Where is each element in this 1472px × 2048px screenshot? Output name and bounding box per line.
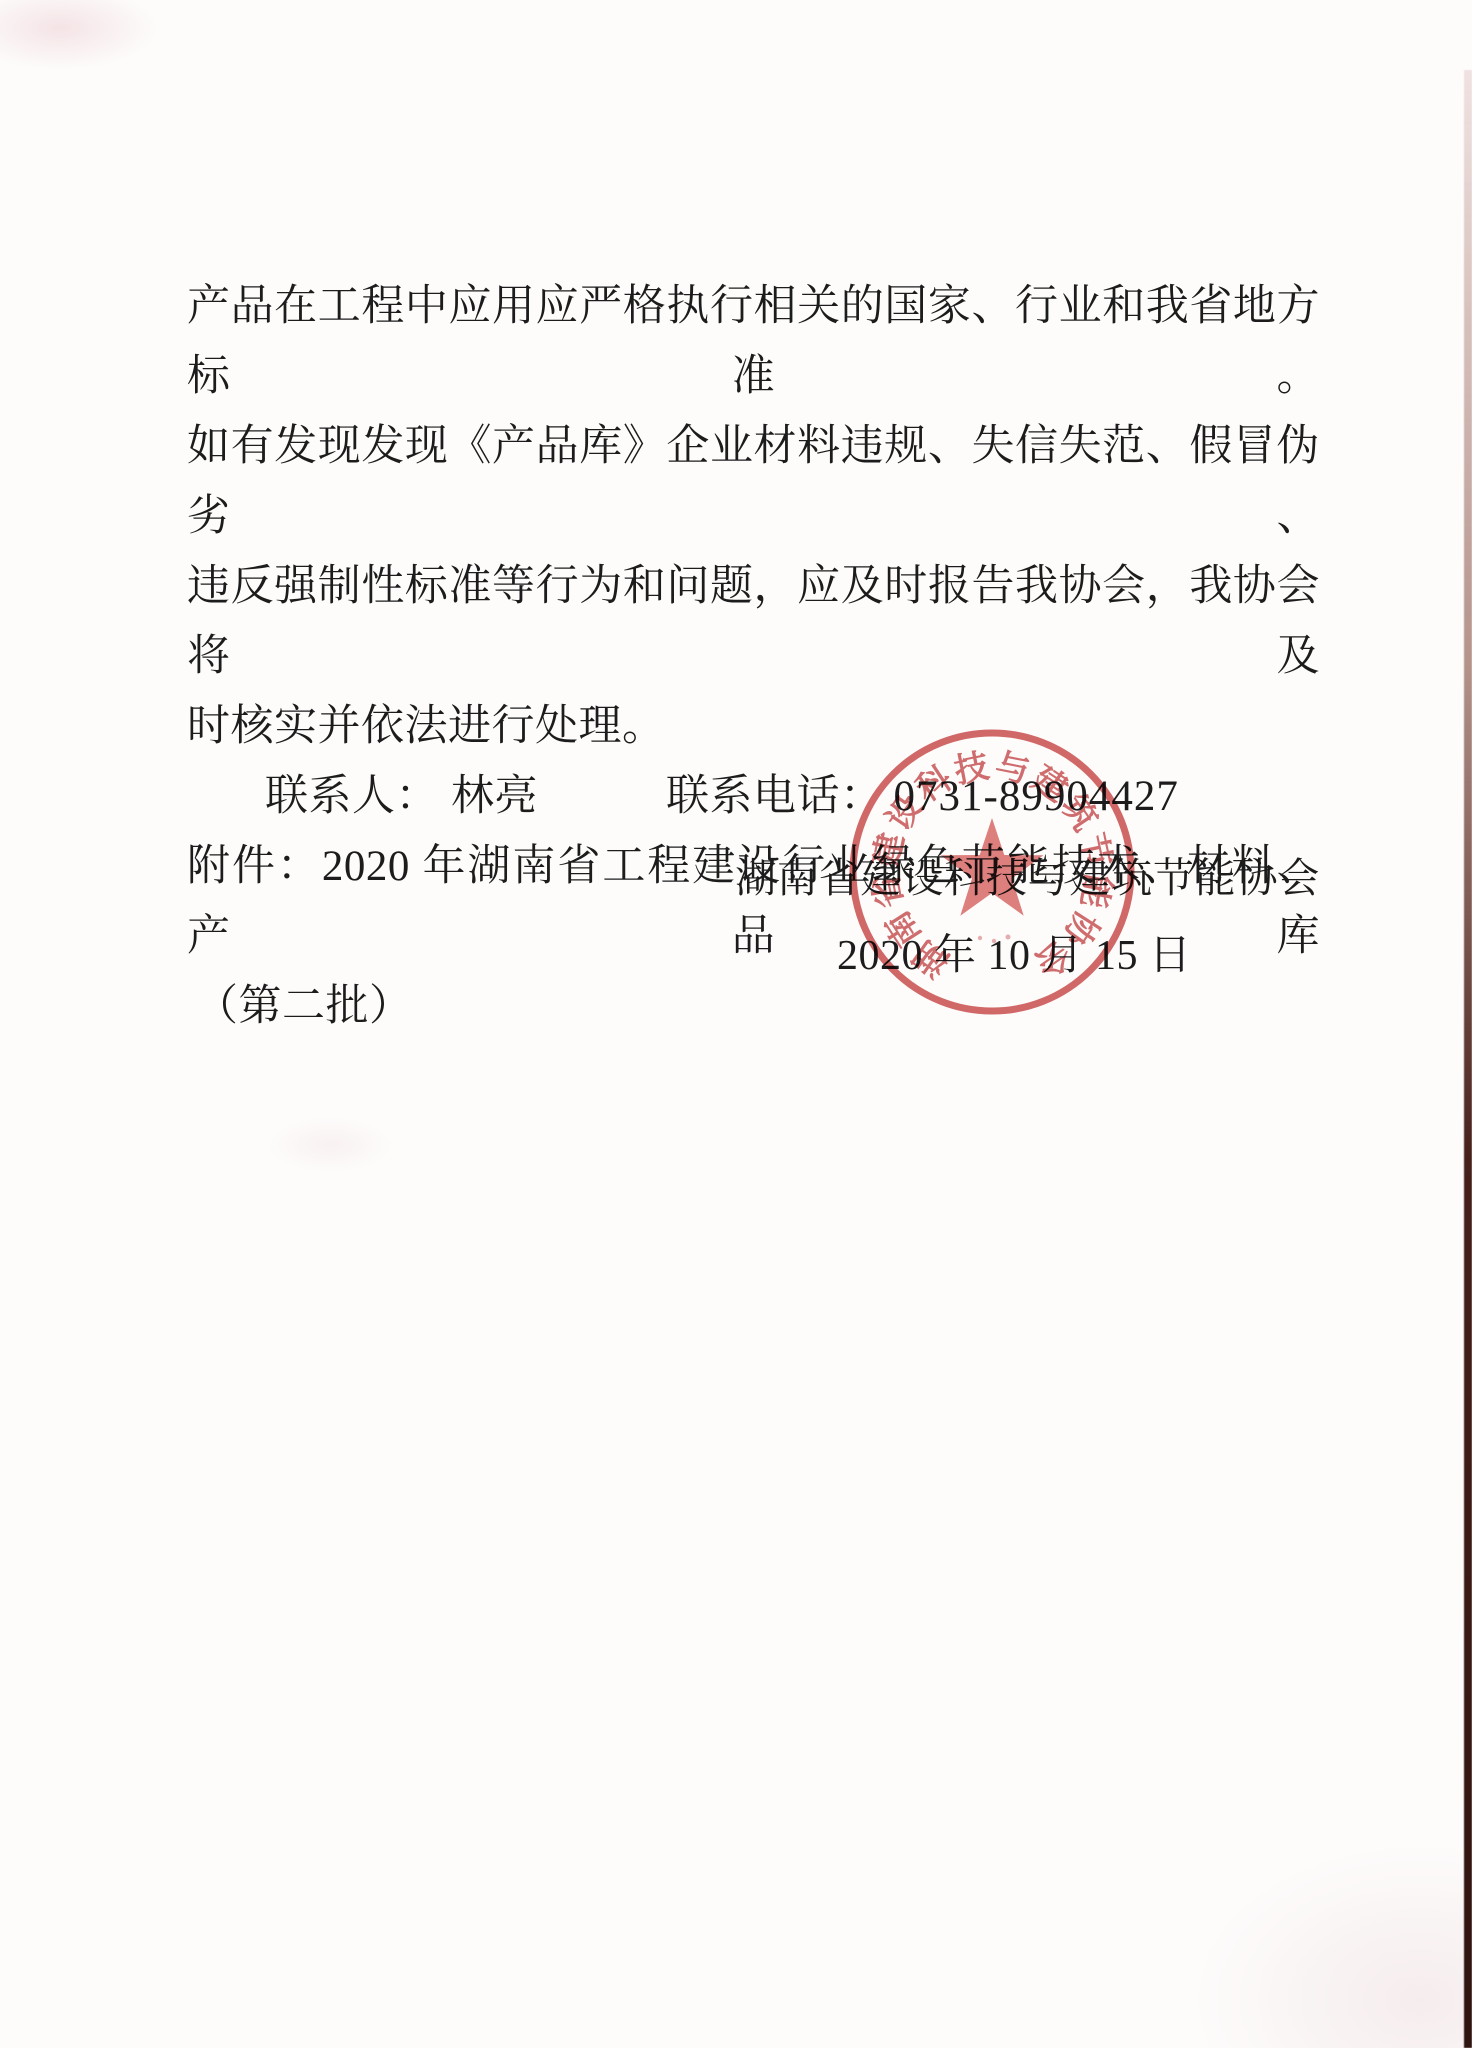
contact-person-label: 联系人：: [265, 773, 439, 820]
contact-phone-label: 联系电话：: [666, 773, 884, 820]
contact-phone-number: 0731-89904427: [894, 773, 1179, 820]
scanned-document-page: 产品在工程中应用应严格执行相关的国家、行业和我省地方标准。 如有发现发现《产品库…: [0, 0, 1472, 2048]
body-line-3: 违反强制性标准等行为和问题，应及时报告我协会，我协会将及: [187, 552, 1320, 692]
contact-person-name: 林亮: [451, 773, 538, 820]
signature-date: 2020 年 10 月 15 日: [837, 922, 1192, 982]
attachment-line-continued: （第二批）: [195, 972, 1320, 1042]
signature-organization: 湖南省建设科技与建筑节能协会: [735, 845, 1320, 904]
contact-line: 联系人：林亮联系电话：0731-89904427: [187, 762, 1320, 832]
body-line-1: 产品在工程中应用应严格执行相关的国家、行业和我省地方标准。: [187, 272, 1320, 412]
scan-edge-artifact: [1464, 70, 1472, 2048]
body-line-4: 时核实并依法进行处理。: [187, 692, 1320, 762]
body-line-2: 如有发现发现《产品库》企业材料违规、失信失范、假冒伪劣、: [187, 412, 1320, 552]
